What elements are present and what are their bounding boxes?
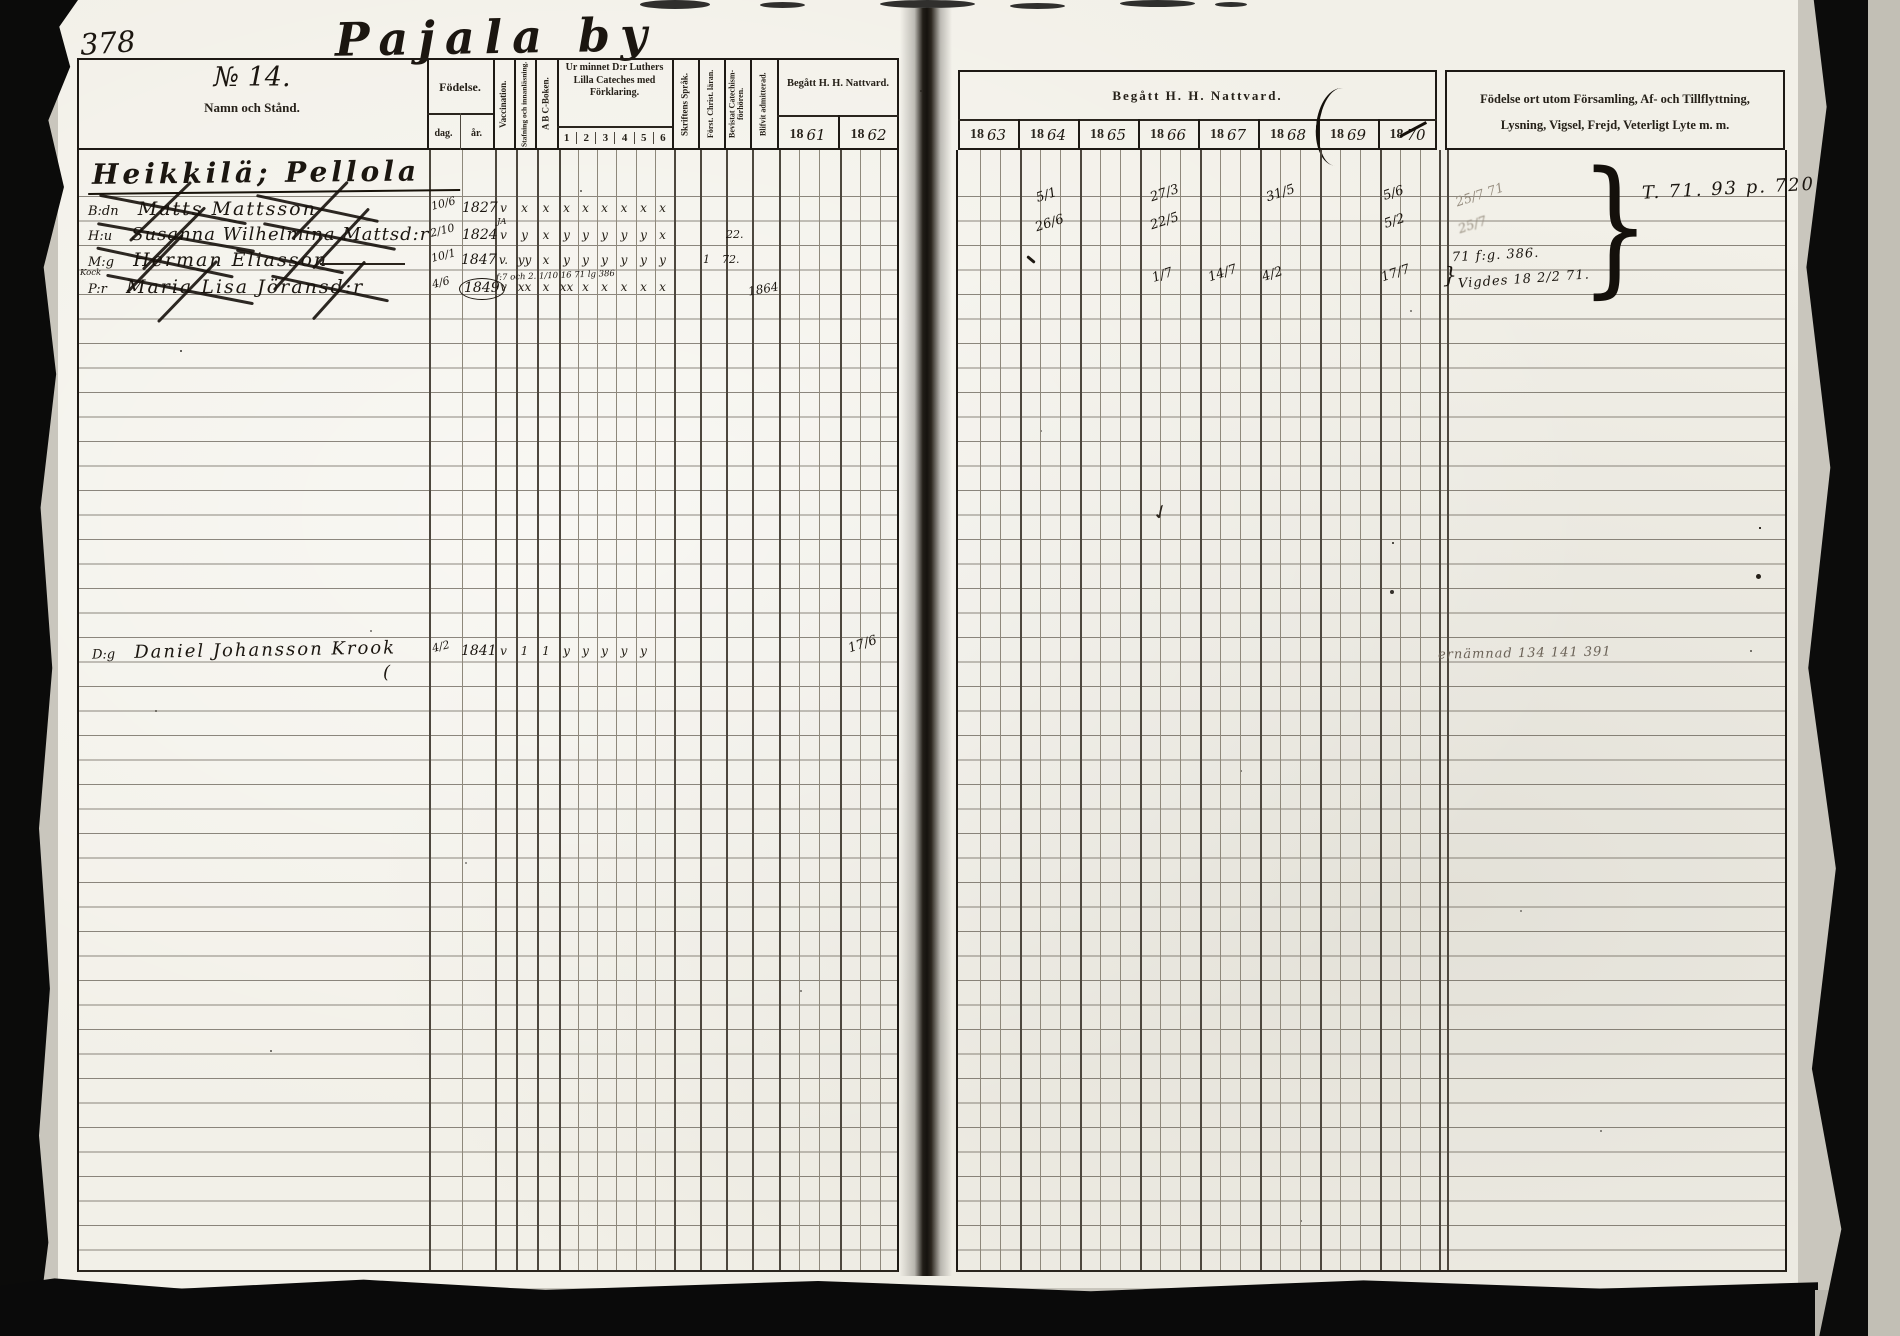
mark: x [576, 280, 595, 294]
vaccination-note: JA [497, 217, 507, 227]
column-rule [1060, 150, 1061, 1270]
column-rule [1000, 150, 1001, 1270]
notes-header-line2: Lysning, Vigsel, Frejd, Veterligt Lyte m… [1449, 118, 1781, 133]
column-rule [1180, 150, 1181, 1270]
mark: y [595, 644, 614, 658]
grade-label: 1 [557, 132, 576, 144]
mark [653, 644, 672, 658]
mark: x [634, 280, 653, 294]
mark: x [514, 201, 535, 215]
abc-book-column-header: A B C-Boken. [535, 60, 557, 148]
column-rule [559, 150, 561, 1270]
year-handwritten: 68 [1287, 126, 1306, 144]
year-header-1867: 18 67 [1198, 121, 1258, 149]
entry-prefix: H:u [88, 229, 112, 244]
birth-day-subheader: dag. [427, 128, 460, 139]
column-rule [1140, 150, 1142, 1270]
birth-year: 1847 [461, 252, 497, 268]
catechism-column-header: Ur minnet D:r Luthers Lilla Cateches med… [559, 62, 670, 100]
mark: x [557, 201, 576, 215]
column-rule [1080, 150, 1082, 1270]
year-header-1864: 18 64 [1018, 121, 1078, 149]
mark: x [634, 201, 653, 215]
column-rule [1420, 150, 1421, 1270]
mark: y [653, 253, 672, 267]
mark: x [614, 201, 634, 215]
margin-brace: } [1580, 140, 1651, 312]
scan-edge-far-right [1868, 0, 1900, 1336]
mark: v [493, 201, 514, 215]
mark: xx [557, 280, 576, 294]
mark: v [493, 644, 514, 658]
mark: y [614, 644, 634, 658]
mark: xx [514, 280, 535, 294]
christ-doctrine-column-header: Först. Christ. läran. [698, 60, 724, 148]
mark: x [535, 228, 557, 242]
year-printed: 18 [970, 127, 984, 143]
entry-prefix: B:dn [88, 204, 119, 219]
attended-exam-note: 22. [726, 228, 744, 241]
year-header-1861: 18 61 [777, 121, 838, 149]
mark: x [614, 280, 634, 294]
column-rule [1040, 150, 1041, 1270]
mark: x [653, 280, 672, 294]
catechism-grade-row: 1 2 3 4 5 6 [557, 126, 672, 150]
year-printed: 18 [1150, 127, 1164, 143]
scan-artifact [880, 0, 975, 8]
spelling-column-header: Stafning och innanläsning. [514, 60, 535, 148]
year-printed: 18 [1030, 127, 1044, 143]
column-rule [636, 150, 637, 1270]
year-header-1868: 18 68 [1258, 121, 1318, 149]
examination-marks: v11yyyyy [493, 644, 672, 658]
scan-artifact [1120, 0, 1195, 7]
column-rule [1200, 150, 1202, 1270]
communion-header-left: Begått H. H. Nattvard. [779, 78, 897, 89]
year-printed: 18 [1210, 127, 1224, 143]
grade-label: 2 [576, 132, 595, 144]
scripture-column-header: Skriftens Språk. [672, 60, 698, 148]
examination-marks: v.yyxyyyyyy [493, 253, 672, 267]
column-rule [1260, 150, 1262, 1270]
year-header-1863: 18 63 [958, 121, 1018, 149]
year-handwritten: 65 [1107, 126, 1126, 144]
birth-year: 1841 [461, 643, 497, 659]
mark: yy [514, 253, 535, 267]
column-rule [779, 150, 781, 1270]
column-rule [1160, 150, 1161, 1270]
mark: y [576, 644, 595, 658]
year-header-1862: 18 62 [838, 121, 899, 149]
year-handwritten: 62 [867, 126, 886, 144]
mark: x [535, 253, 557, 267]
column-rule [1120, 150, 1121, 1270]
year-handwritten: 67 [1227, 126, 1246, 144]
ink-dot [1756, 574, 1761, 579]
vaccination-column-header: Vaccination. [493, 60, 514, 148]
column-rule [840, 150, 842, 1270]
stray-parenthesis: ( [383, 662, 390, 683]
birth-column-header: Födelse. [427, 80, 493, 95]
mark: y [634, 644, 653, 658]
year-handwritten: 61 [806, 126, 825, 144]
grade-label: 3 [595, 132, 614, 144]
column-rule [516, 150, 518, 1270]
scanned-parish-register: 378 Pajala by № 14. Namn och Stånd. Föde… [0, 0, 1900, 1336]
mark: v [493, 280, 514, 294]
column-rule [674, 150, 676, 1270]
mark: y [557, 228, 576, 242]
mark: y [634, 228, 653, 242]
column-rule [860, 150, 861, 1270]
mark: x [595, 201, 614, 215]
column-rule [1439, 150, 1441, 1270]
examination-marks: vyxyyyyyx [493, 228, 672, 242]
ink-dot [1390, 590, 1394, 594]
mark: y [557, 253, 576, 267]
column-rule [799, 150, 800, 1270]
entry-prefix: D:g [92, 647, 115, 662]
examination-marks: vxxxxxxxx [493, 201, 672, 215]
column-rule [495, 150, 497, 1270]
column-rule [1300, 150, 1301, 1270]
admitted-column-header: Blifvit admitterad. [750, 60, 777, 148]
attended-exam-note: 72. [722, 253, 740, 266]
column-rule [726, 150, 728, 1270]
column-rule [1340, 150, 1341, 1270]
scan-edge-right [1788, 0, 1880, 1336]
row-rules [79, 196, 897, 1268]
column-rule [752, 150, 754, 1270]
column-rule [1020, 150, 1022, 1270]
christ-doctrine-note: 1 [703, 253, 710, 266]
scan-artifact [640, 0, 710, 9]
mark: 1 [535, 644, 557, 658]
year-handwritten: 63 [987, 126, 1006, 144]
column-rule [655, 150, 656, 1270]
scan-artifact [1010, 3, 1065, 9]
mark: x [576, 201, 595, 215]
mark: x [535, 201, 557, 215]
right-table-body [956, 150, 1787, 1272]
notes-header-line1: Födelse ort utom Församling, Af- och Til… [1449, 92, 1781, 107]
birth-year-subheader: år. [460, 128, 493, 139]
row-rules [958, 196, 1785, 1268]
small-brace: } [1443, 264, 1457, 289]
attended-exams-column-header: Bevistat Catechism-förhören. [724, 60, 750, 148]
year-header-1866: 18 66 [1138, 121, 1198, 149]
household-heading: Heikkilä; Pellola [88, 154, 460, 195]
record-number: № 14. [77, 62, 427, 93]
year-printed: 18 [1270, 127, 1284, 143]
mark: y [595, 228, 614, 242]
name-column-header: Namn och Stånd. [77, 100, 427, 116]
year-printed: 18 [850, 127, 864, 143]
column-rule [819, 150, 820, 1270]
column-rule [429, 150, 431, 1270]
mark: v. [493, 253, 514, 267]
year-handwritten: 66 [1167, 126, 1186, 144]
book-fold-shadow [900, 8, 952, 1276]
column-rule [1380, 150, 1382, 1270]
column-rule [1280, 150, 1281, 1270]
mark: 1 [514, 644, 535, 658]
year-header-1870: 18 70 [1378, 121, 1437, 149]
mark: y [595, 253, 614, 267]
entry-prefix: P:r [88, 282, 107, 297]
mark: y [576, 253, 595, 267]
column-rule [1400, 150, 1401, 1270]
mark: x [535, 280, 557, 294]
notes-header-box [1445, 70, 1785, 150]
mark: x [653, 228, 672, 242]
mark: y [514, 228, 535, 242]
column-rule [980, 150, 981, 1270]
column-rule [578, 150, 579, 1270]
column-rule [1240, 150, 1241, 1270]
column-rule [616, 150, 617, 1270]
year-printed: 18 [1090, 127, 1104, 143]
scan-artifact [1215, 2, 1247, 7]
column-rule [1360, 150, 1361, 1270]
year-header-1865: 18 65 [1078, 121, 1138, 149]
column-rule [700, 150, 702, 1270]
examination-marks: vxxxxxxxxxx [493, 280, 672, 294]
grade-label: 4 [614, 132, 633, 144]
mark: v [493, 228, 514, 242]
mark: x [595, 280, 614, 294]
column-rule [1447, 150, 1449, 1270]
entry-row-susanna: H:u Susanna Wilhelmina Mattsd:r [88, 224, 429, 245]
year-handwritten: 64 [1047, 126, 1066, 144]
mark: y [576, 228, 595, 242]
grade-label: 5 [634, 132, 653, 144]
mark: x [653, 201, 672, 215]
column-rule [537, 150, 539, 1270]
communion-header-right: Begått H. H. Nattvard. [958, 88, 1437, 104]
grade-label: 6 [653, 132, 672, 144]
margin-note: ernämnad 134 141 391 [1438, 644, 1612, 662]
mark: y [557, 644, 576, 658]
page-number: 378 [79, 24, 137, 62]
column-rule [1220, 150, 1221, 1270]
mark: y [614, 253, 634, 267]
left-table-body [77, 150, 899, 1272]
column-rule [1100, 150, 1101, 1270]
mark: y [634, 253, 653, 267]
column-rule [597, 150, 598, 1270]
mark: y [614, 228, 634, 242]
column-rule [1320, 150, 1322, 1270]
column-rule [880, 150, 881, 1270]
column-rule [462, 150, 463, 1270]
year-printed: 18 [789, 127, 803, 143]
scan-artifact [760, 2, 805, 8]
